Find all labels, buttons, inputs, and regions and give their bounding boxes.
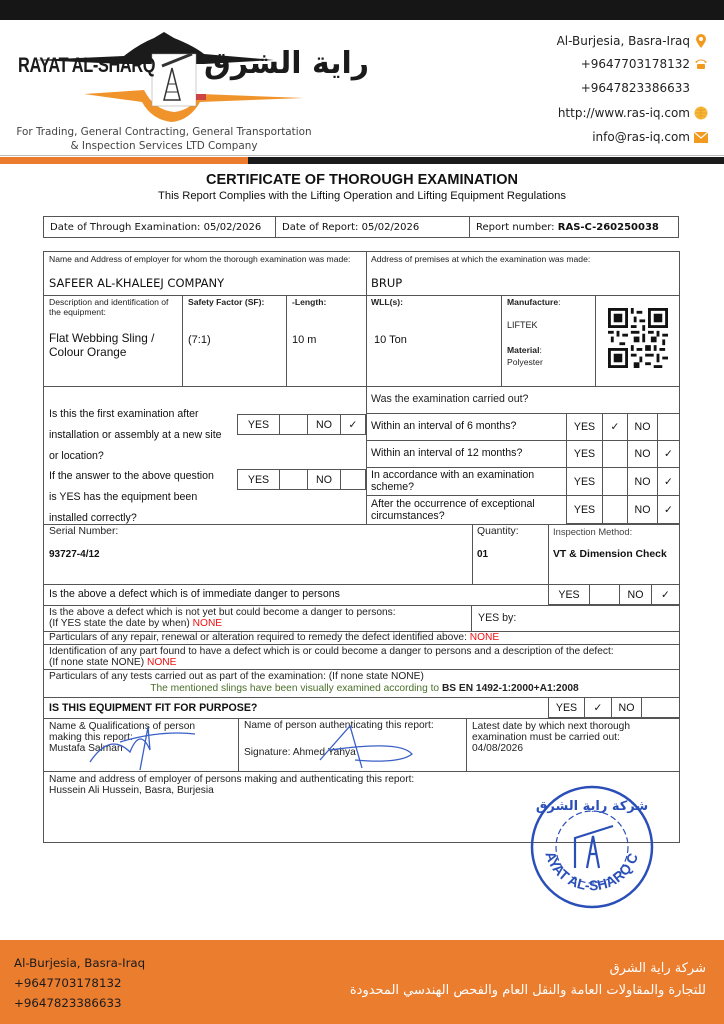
contact-phone-1-text[interactable]: +9647703178132 bbox=[581, 57, 690, 71]
inspection-method-value: VT & Dimension Check bbox=[553, 549, 667, 560]
date-exam-value: 05/02/2026 bbox=[204, 222, 262, 233]
identification-value: NONE bbox=[147, 657, 176, 668]
employer-value: SAFEER AL-KHALEEJ COMPANY bbox=[49, 276, 224, 290]
interval-12-no-label: NO bbox=[628, 441, 658, 467]
exam-scheme-yes-check[interactable] bbox=[603, 468, 628, 495]
description-label: Description and identification of the eq… bbox=[49, 297, 179, 317]
report-number-label: Report number: bbox=[476, 222, 555, 233]
tagline-line-2: & Inspection Services LTD Company bbox=[14, 139, 314, 153]
footer-arabic-company: شركة راية الشرق للتجارة والمقاولات العام… bbox=[350, 958, 706, 1002]
interval-6-yes-no: YES ✓ NO bbox=[566, 413, 680, 441]
yes-by-label: YES by: bbox=[478, 613, 516, 623]
quantity-label: Quantity: bbox=[477, 527, 519, 537]
installed-no-label: NO bbox=[308, 470, 341, 489]
repair-question: Particulars of any repair, renewal or al… bbox=[49, 632, 499, 643]
material-colon: : bbox=[539, 345, 541, 355]
footer-phone-1[interactable]: +9647703178132 bbox=[14, 973, 145, 993]
first-exam-q-line-3: or location? bbox=[49, 446, 239, 467]
qr-code-icon bbox=[608, 308, 668, 368]
wll-label: WLL(s): bbox=[371, 297, 403, 307]
tests-value: The mentioned slings have been visually … bbox=[49, 683, 680, 694]
top-bar bbox=[0, 0, 724, 20]
footer-contacts: Al-Burjesia, Basra-Iraq +9647703178132 +… bbox=[14, 953, 145, 1013]
first-exam-q-line-2: installation or assembly at a new site bbox=[49, 425, 239, 446]
footer-phone-2[interactable]: +9647823386633 bbox=[14, 993, 145, 1013]
exceptional-question: After the occurrence of exceptional circ… bbox=[371, 498, 561, 522]
first-exam-question: Is this the first examination after inst… bbox=[49, 404, 239, 467]
length-label: -Length: bbox=[292, 297, 326, 307]
immediate-danger-yes-no: YES NO ✓ bbox=[548, 584, 680, 605]
length-value: 10 m bbox=[292, 334, 316, 346]
immediate-danger-no-check[interactable]: ✓ bbox=[652, 585, 679, 604]
exam-scheme-yes-label: YES bbox=[567, 468, 603, 495]
safety-factor-value: (7:1) bbox=[188, 334, 211, 346]
manufacture-colon: : bbox=[558, 297, 560, 307]
next-exam-label-2: examination must be carried out: bbox=[472, 732, 630, 743]
contact-phone-2[interactable]: +9647823386633 bbox=[581, 79, 708, 97]
contact-website[interactable]: http://www.ras-iq.com bbox=[558, 104, 708, 122]
serial-value: 93727-4/12 bbox=[49, 549, 100, 560]
material-label: Material: bbox=[507, 345, 542, 355]
installed-yes-label: YES bbox=[238, 470, 280, 489]
identification-q-line-1: Identification of any part found to have… bbox=[49, 646, 614, 657]
contact-email-text[interactable]: info@ras-iq.com bbox=[592, 130, 690, 144]
contact-email[interactable]: info@ras-iq.com bbox=[592, 128, 708, 146]
identification-q-line-2: (If none state NONE) bbox=[49, 657, 144, 668]
safety-factor-label: Safety Factor (SF): bbox=[188, 297, 264, 307]
future-danger-value: NONE bbox=[193, 618, 222, 629]
date-report-label: Date of Report: bbox=[282, 222, 358, 233]
description-line-1: Flat Webbing Sling / bbox=[49, 331, 154, 345]
stamp-arabic-text: شركة راية الشرق bbox=[536, 799, 648, 814]
tests-standard: BS EN 1492-1:2000+A1:2008 bbox=[442, 683, 579, 694]
interval-6-yes-label: YES bbox=[567, 414, 603, 440]
contact-phone-1[interactable]: +9647703178132 bbox=[581, 55, 708, 73]
installed-no-check[interactable] bbox=[341, 470, 365, 489]
employer2-value: Hussein Ali Hussein, Basra, Burjesia bbox=[49, 785, 414, 796]
next-exam-date: 04/08/2026 bbox=[472, 743, 630, 754]
exam-scheme-yes-no: YES NO ✓ bbox=[566, 467, 680, 496]
logo-latin-text: RAYAT AL-SHARQ bbox=[18, 54, 155, 78]
exceptional-no-label: NO bbox=[628, 496, 658, 523]
first-exam-yes-label: YES bbox=[238, 415, 280, 434]
material-value: Polyester bbox=[507, 357, 543, 367]
first-exam-no-label: NO bbox=[308, 415, 341, 434]
immediate-danger-yes-label: YES bbox=[549, 585, 590, 604]
installed-yes-check[interactable] bbox=[280, 470, 308, 489]
installed-question: If the answer to the above question is Y… bbox=[49, 466, 239, 529]
employer-label: Name and Address of employer for whom th… bbox=[49, 254, 359, 264]
date-report-value: 05/02/2026 bbox=[362, 222, 420, 233]
employer2-block: Name and address of employer of persons … bbox=[49, 774, 414, 796]
footer-arabic-line-2: للتجارة والمقاولات العامة والنقل العام و… bbox=[350, 980, 706, 1002]
certificate-subtitle: This Report Complies with the Lifting Op… bbox=[0, 190, 724, 202]
envelope-icon bbox=[694, 130, 708, 144]
material-label-text: Material bbox=[507, 345, 539, 355]
interval-6-no-label: NO bbox=[628, 414, 658, 440]
exam-scheme-no-label: NO bbox=[628, 468, 658, 495]
examiner-signature bbox=[80, 722, 200, 772]
identification-question: Identification of any part found to have… bbox=[49, 646, 614, 668]
first-exam-q-line-1: Is this the first examination after bbox=[49, 404, 239, 425]
exam-scheme-no-check[interactable]: ✓ bbox=[658, 468, 679, 495]
next-exam-label-1: Latest date by which next thorough bbox=[472, 721, 630, 732]
report-number-value: RAS-C-260250038 bbox=[558, 222, 659, 233]
fit-for-purpose-question: IS THIS EQUIPMENT FIT FOR PURPOSE? bbox=[49, 698, 257, 719]
report-number: Report number: RAS-C-260250038 bbox=[470, 217, 678, 237]
dates-box: Date of Through Examination: 05/02/2026 … bbox=[43, 216, 679, 238]
logo-arabic-text: راية الشرق bbox=[204, 46, 369, 81]
fit-yes-label: YES bbox=[549, 698, 585, 717]
contact-website-text[interactable]: http://www.ras-iq.com bbox=[558, 106, 690, 120]
employer2-label: Name and address of employer of persons … bbox=[49, 774, 414, 785]
quantity-value: 01 bbox=[477, 549, 488, 560]
description-value: Flat Webbing Sling / Colour Orange bbox=[49, 331, 154, 359]
manufacture-value: LIFTEK bbox=[507, 320, 538, 330]
immediate-danger-no-label: NO bbox=[620, 585, 652, 604]
exceptional-yes-label: YES bbox=[567, 496, 603, 523]
installed-q-line-1: If the answer to the above question bbox=[49, 466, 239, 487]
date-of-examination: Date of Through Examination: 05/02/2026 bbox=[44, 217, 276, 237]
repair-q-text: Particulars of any repair, renewal or al… bbox=[49, 632, 467, 643]
manufacture-label-text: Manufacture bbox=[507, 297, 558, 307]
interval-12-yes-label: YES bbox=[567, 441, 603, 467]
fit-for-purpose-yes-no: YES ✓ NO bbox=[548, 697, 680, 718]
contact-phone-2-text[interactable]: +9647823386633 bbox=[581, 81, 690, 95]
interval-6-yes-check[interactable]: ✓ bbox=[603, 414, 628, 440]
tests-value-text: The mentioned slings have been visually … bbox=[150, 683, 439, 694]
company-tagline: For Trading, General Contracting, Genera… bbox=[14, 125, 314, 153]
installed-yes-no: YES NO bbox=[237, 469, 366, 490]
contact-address-text: Al-Burjesia, Basra-Iraq bbox=[557, 34, 690, 48]
globe-icon bbox=[694, 106, 708, 120]
installed-q-line-2: is YES has the equipment been bbox=[49, 487, 239, 508]
date-exam-label: Date of Through Examination: bbox=[50, 222, 200, 233]
contact-address: Al-Burjesia, Basra-Iraq bbox=[557, 32, 708, 50]
repair-value: NONE bbox=[470, 632, 499, 643]
interval-12-yes-no: YES NO ✓ bbox=[566, 440, 680, 468]
authenticator-signature-scribble bbox=[300, 720, 420, 772]
future-danger-q-line-1: Is the above a defect which is not yet b… bbox=[49, 607, 396, 618]
header-divider-orange bbox=[0, 157, 248, 164]
location-pin-icon bbox=[694, 34, 708, 48]
first-exam-yes-check[interactable] bbox=[280, 415, 308, 434]
future-danger-q-line-2: (If YES state the date by when) bbox=[49, 618, 190, 629]
premises-value: BRUP bbox=[371, 276, 402, 290]
tests-question: Particulars of any tests carried out as … bbox=[49, 671, 424, 682]
interval-12-question: Within an interval of 12 months? bbox=[371, 443, 522, 464]
interval-6-no-check[interactable] bbox=[658, 414, 679, 440]
date-of-report: Date of Report: 05/02/2026 bbox=[276, 217, 470, 237]
wll-value: 10 Ton bbox=[374, 334, 407, 346]
interval-12-yes-check[interactable] bbox=[603, 441, 628, 467]
first-exam-yes-no: YES NO ✓ bbox=[237, 414, 366, 435]
description-line-2: Colour Orange bbox=[49, 345, 154, 359]
exam-scheme-question: In accordance with an examination scheme… bbox=[371, 469, 561, 493]
exceptional-yes-no: YES NO ✓ bbox=[566, 495, 680, 524]
serial-label: Serial Number: bbox=[49, 527, 118, 537]
header-divider-line bbox=[0, 155, 724, 156]
first-exam-no-check[interactable]: ✓ bbox=[341, 415, 365, 434]
inspection-method-label: Inspection Method: bbox=[553, 527, 632, 537]
next-exam-block: Latest date by which next thorough exami… bbox=[472, 721, 630, 754]
fit-yes-check[interactable]: ✓ bbox=[585, 698, 612, 717]
exceptional-yes-check[interactable] bbox=[603, 496, 628, 523]
future-danger-question: Is the above a defect which is not yet b… bbox=[49, 607, 396, 629]
fit-no-check[interactable] bbox=[642, 698, 679, 717]
company-stamp: شركة راية الشرق RAYAT AL-SHARQ Co. bbox=[527, 782, 657, 912]
fit-no-label: NO bbox=[612, 698, 642, 717]
interval-12-no-check[interactable]: ✓ bbox=[658, 441, 679, 467]
certificate-title: CERTIFICATE OF THOROUGH EXAMINATION bbox=[0, 172, 724, 188]
tagline-line-1: For Trading, General Contracting, Genera… bbox=[14, 125, 314, 139]
exceptional-no-check[interactable]: ✓ bbox=[658, 496, 679, 523]
interval-6-question: Within an interval of 6 months? bbox=[371, 416, 516, 437]
immediate-danger-question: Is the above a defect which is of immedi… bbox=[49, 584, 340, 605]
header-divider-black bbox=[248, 157, 724, 164]
footer-arabic-line-1: شركة راية الشرق bbox=[350, 958, 706, 980]
premises-label: Address of premises at which the examina… bbox=[371, 254, 590, 264]
carried-out-label: Was the examination carried out? bbox=[371, 394, 528, 404]
manufacture-label: Manufacture: bbox=[507, 297, 560, 307]
footer-address: Al-Burjesia, Basra-Iraq bbox=[14, 953, 145, 973]
immediate-danger-yes-check[interactable] bbox=[590, 585, 620, 604]
telephone-icon bbox=[694, 57, 708, 71]
